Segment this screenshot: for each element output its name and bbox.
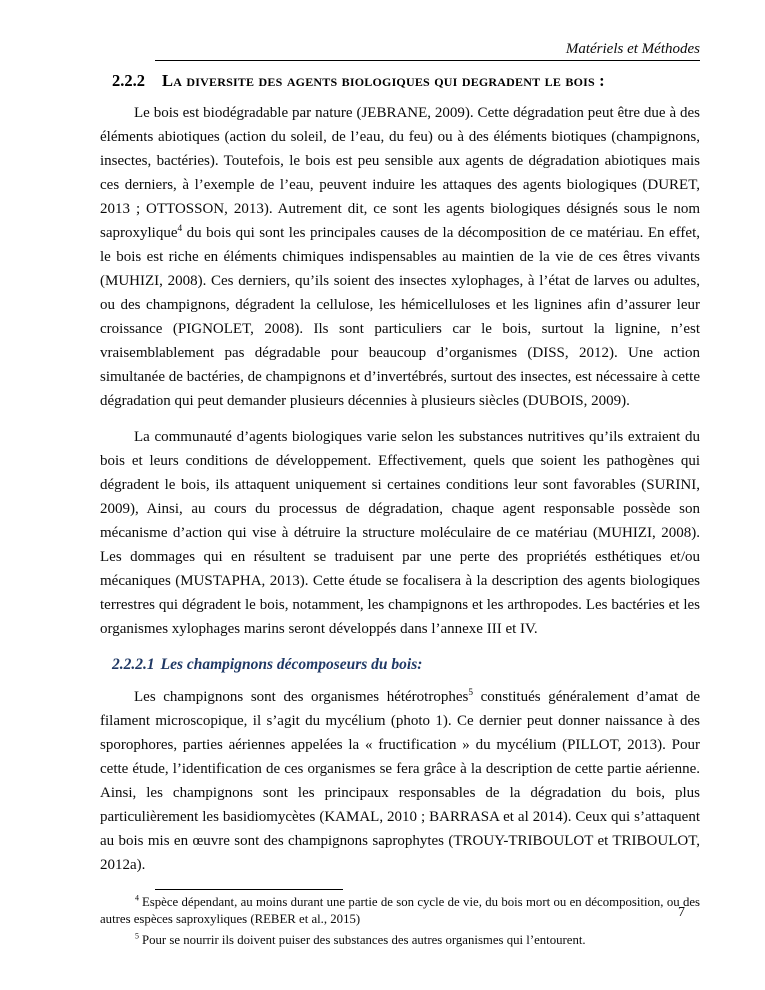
footnotes-section: 4Espèce dépendant, au moins durant une p… [100, 889, 700, 949]
paragraph-1-text-cont: du bois qui sont les principales causes … [100, 225, 700, 409]
footnote-5-text: Pour se nourrir ils doivent puiser des s… [142, 933, 586, 947]
footnote-4-text: Espèce dépendant, au moins durant une pa… [100, 895, 700, 926]
section-number: 2.2.2 [112, 71, 145, 91]
paragraph-2: La communauté d’agents biologiques varie… [100, 425, 700, 641]
running-header: Matériels et Méthodes [155, 40, 700, 61]
subsection-heading: 2.2.2.1Les champignons décomposeurs du b… [112, 655, 700, 675]
subsection-number: 2.2.2.1 [112, 656, 155, 673]
paragraph-1: Le bois est biodégradable par nature (JE… [100, 101, 700, 413]
footnote-separator [155, 889, 343, 890]
page-number: 7 [678, 905, 685, 921]
paragraph-1-text: Le bois est biodégradable par nature (JE… [100, 105, 700, 241]
running-header-title: Matériels et Méthodes [566, 41, 700, 57]
section-title: La diversite des agents biologiques qui … [162, 71, 605, 91]
paragraph-3-text-cont: constitués généralement d’amat de filame… [100, 689, 700, 873]
paragraph-3-text: Les champignons sont des organismes hété… [134, 689, 468, 705]
paragraph-2-text: La communauté d’agents biologiques varie… [100, 429, 700, 637]
footnote-5-number: 5 [135, 932, 139, 941]
document-page: Matériels et Méthodes 2.2.2 La diversite… [0, 0, 765, 990]
footnote-4: 4Espèce dépendant, au moins durant une p… [100, 894, 700, 928]
section-heading: 2.2.2 La diversite des agents biologique… [112, 71, 700, 91]
subsection-title: Les champignons décomposeurs du bois: [161, 656, 423, 673]
footnote-4-number: 4 [135, 894, 139, 903]
footnote-5: 5Pour se nourrir ils doivent puiser des … [100, 932, 700, 949]
paragraph-3: Les champignons sont des organismes hété… [100, 685, 700, 877]
